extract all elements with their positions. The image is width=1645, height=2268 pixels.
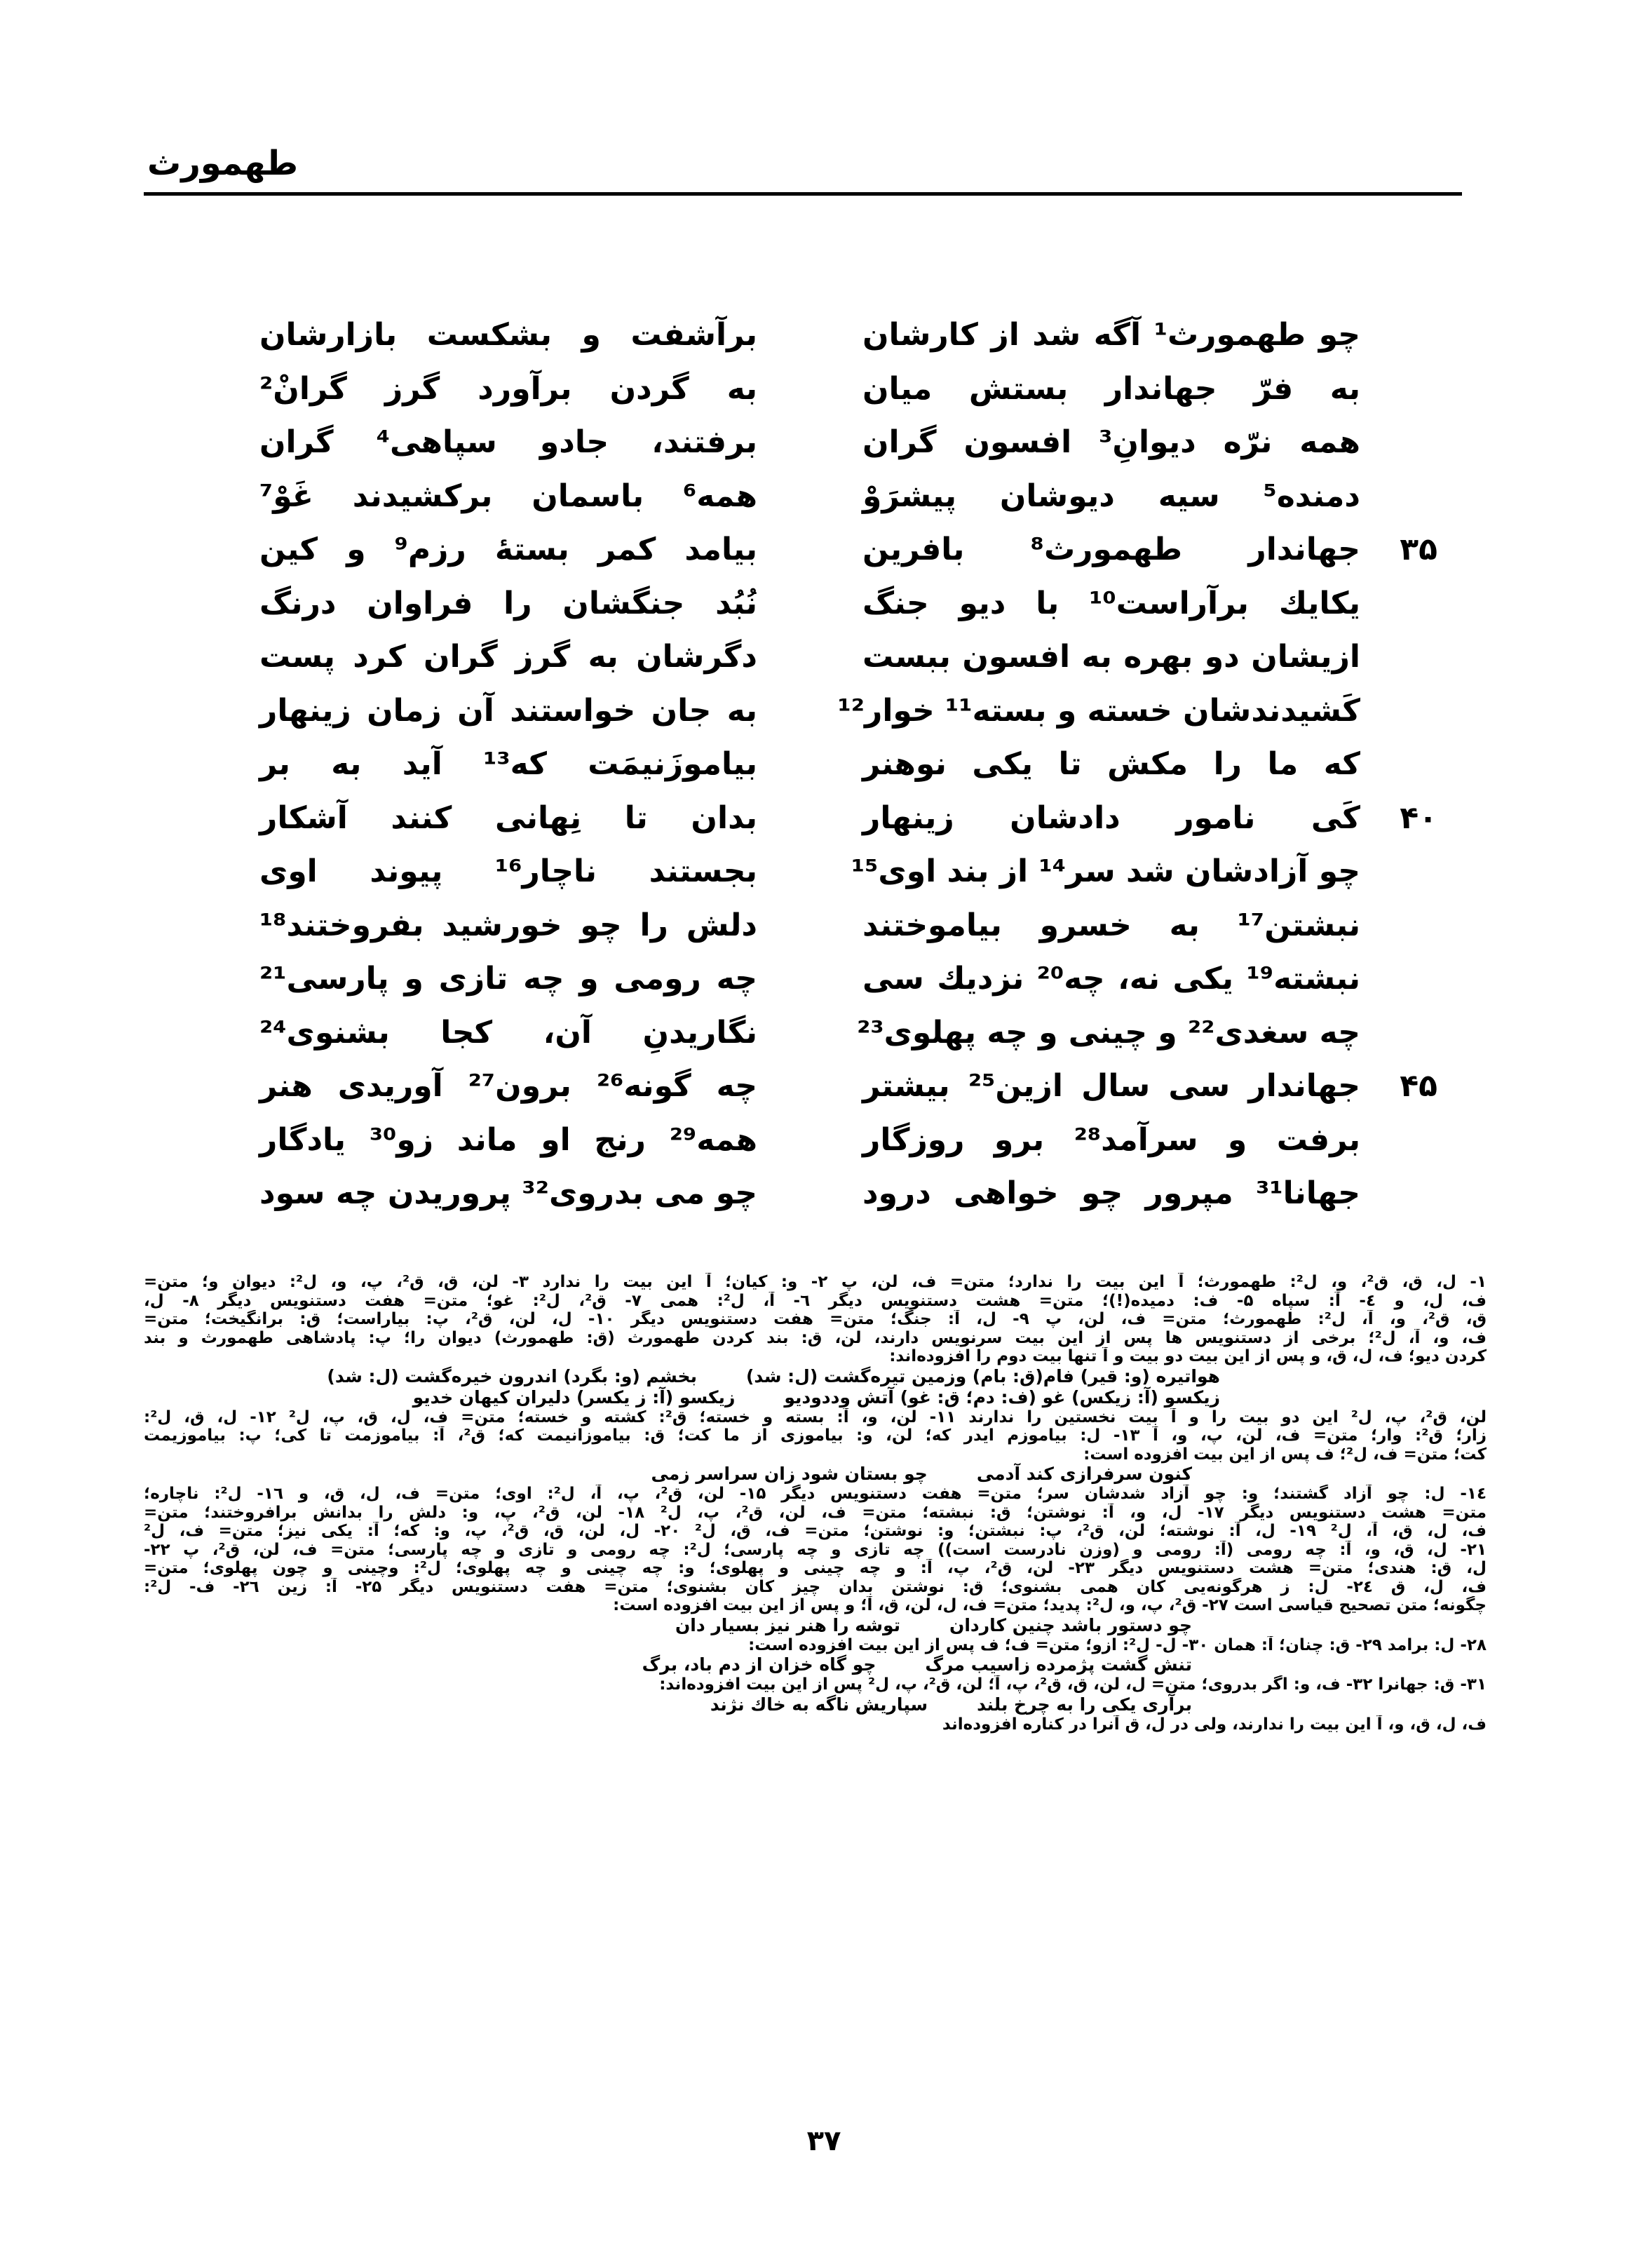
footnote-line: متن= هشت دستنویس دیگر ۱۷- ل، و، آ: نوشتن…: [144, 1504, 1487, 1523]
footnote-line: لن، ق²، پ، ل² این دو بیت را و آ بیت نخست…: [144, 1408, 1487, 1427]
hemistich-second: بخشم (و: بگرد) اندرون خیره‌گشت (ل: شد): [327, 1366, 697, 1387]
verse-line-right: چه سغدی²² و چینی و چه پهلوی²³: [862, 1006, 1360, 1060]
verse-text: همه⁶ باسمان برکشیدند غَوْ⁷: [259, 478, 757, 514]
verse-line-left: بیامد کمر بستهٔ رزم⁹ و کین: [259, 523, 757, 577]
verse-text: به فرّ جهاندار بستش میان: [862, 371, 1360, 407]
hemistich-first: چو دستور باشد چنین کاردان: [949, 1615, 1192, 1636]
verse-text: بدان تا نِهانی کنند آشکار: [259, 800, 757, 836]
footnote-line: ۱٤- ل: چو آزاد گشتند؛ و: چو آزاد شدشان س…: [144, 1485, 1487, 1504]
left-hemistich-column: برآشفت و بشکست بازارشانبه گردن برآورد گر…: [259, 309, 757, 1221]
verse-line-left: به گردن برآورد گرز گرانْ²: [259, 363, 757, 417]
footnote-line: ۲۸- ل: برامد ۲۹- ق: چنان؛ آ: همان ۳۰- ل-…: [144, 1636, 1487, 1655]
verse-text: بجستند ناچار¹⁶ پیوند اوی: [259, 853, 757, 889]
verse-text: نگاریدنِ آن، کجا بشنوی²⁴: [259, 1015, 757, 1051]
verse-text: به جان خواستند آن زمان زینهار: [259, 693, 757, 729]
verse-text: بیامد کمر بستهٔ رزم⁹ و کین: [259, 532, 757, 567]
hemistich-second: چو بستان شود زان سراسر زمی: [651, 1464, 927, 1485]
verse-line-left: برفتند، جادو سپاهی⁴ گران: [259, 416, 757, 470]
verse-text: چه گونه²⁶ برون²⁷ آوریدی هنر: [259, 1068, 757, 1104]
verse-line-right: دمنده⁵ سیه دیوشان پیشرَوْ: [862, 470, 1360, 524]
footnote-line: ف، ل، ق، آ، ل² ۱۹- ل، آ: نوشته؛ لن، ق²، …: [144, 1522, 1487, 1541]
verse-line-left: دلش را چو خورشید بفروختند¹⁸: [259, 899, 757, 953]
verse-line-right: جهاندار سی سال ازین²⁵ بیشتر۴۵: [862, 1060, 1360, 1114]
verse-text: کَشیدندشان خسته و بسته¹¹ خوار¹²: [837, 693, 1360, 729]
footnote-verse: تنش گشت پژمرده زاسیب مرگچو گاه خزان از د…: [144, 1654, 1487, 1675]
footnote-verse: هواتیره (و: قیر) فام(ق: بام) وزمین تیره‌…: [144, 1366, 1487, 1387]
footnote-verse: چو دستور باشد چنین کاردانتوشه را هنر نیز…: [144, 1615, 1487, 1636]
verse-text: به گردن برآورد گرز گرانْ²: [259, 371, 757, 407]
verse-line-left: برآشفت و بشکست بازارشان: [259, 309, 757, 363]
verse-text: چو آزادشان شد سر¹⁴ از بند اوی¹⁵: [851, 853, 1360, 889]
verse-text: چه سغدی²² و چینی و چه پهلوی²³: [857, 1015, 1360, 1051]
hemistich-first: هواتیره (و: قیر) فام(ق: بام) وزمین تیره‌…: [746, 1366, 1220, 1387]
verse-text: همه²⁹ رنج او ماند زو³⁰ یادگار: [259, 1122, 757, 1158]
verse-text: برفتند، جادو سپاهی⁴ گران: [259, 424, 757, 460]
page-number: ۳۷: [789, 2125, 859, 2157]
footnote-line: کت؛ متن= ف، ل²؛ ف پس از این بیت افزوده ا…: [144, 1445, 1487, 1464]
hemistich-second: توشه را هنر نیز بسیار دان: [675, 1615, 900, 1636]
footnote-verse: برآری یکی را به چرخ بلندسپاریش ناگه به خ…: [144, 1694, 1487, 1715]
verse-text: جهاندار طهمورث⁸ بافرین: [862, 532, 1360, 567]
verse-text: جهاندار سی سال ازین²⁵ بیشتر: [862, 1068, 1360, 1104]
verse-line-left: به جان خواستند آن زمان زینهار: [259, 684, 757, 738]
verse-line-right: یکایك برآراست¹⁰ با دیو جنگ: [862, 577, 1360, 631]
verse-text: برفت و سرآمد²⁸ برو روزگار: [862, 1122, 1360, 1158]
verse-text: کَی نامور دادشان زینهار: [862, 800, 1360, 836]
verse-text: نبشته¹⁹ یکی نه، چه²⁰ نزدیك سی: [862, 961, 1360, 997]
verse-line-right: کَشیدندشان خسته و بسته¹¹ خوار¹²: [862, 684, 1360, 738]
verse-line-left: بجستند ناچار¹⁶ پیوند اوی: [259, 845, 757, 899]
hemistich-second: سپاریش ناگه به خاك نژند: [710, 1694, 928, 1715]
footnote-line: چگونه؛ متن تصحیح قیاسی است ۲۷- ق²، پ، و،…: [144, 1596, 1487, 1615]
footnote-line: زار؛ ق²: وار؛ متن= ف، لن، پ، و، آ ۱۳- ل:…: [144, 1426, 1487, 1445]
verse-line-right: که ما را مکش تا یکی نوهنر: [862, 738, 1360, 792]
verse-line-left: نگاریدنِ آن، کجا بشنوی²⁴: [259, 1006, 757, 1060]
verse-line-right: نبشتن¹⁷ به خسرو بیاموختند: [862, 899, 1360, 953]
right-hemistich-column: چو طهمورث¹ آگه شد از کارشانبه فرّ جهاندا…: [862, 309, 1360, 1221]
hemistich-second: چو گاه خزان از دم باد، برگ: [642, 1654, 876, 1675]
verse-text: چه رومی و چه تازی و پارسی²¹: [259, 961, 757, 997]
verse-line-left: دگرشان به گرز گران کرد پست: [259, 630, 757, 684]
footnote-line: ق، ق²، و، آ، ل²: طهمورث؛ متن= ف، لن، پ ۹…: [144, 1310, 1487, 1329]
verse-number: ۳۵: [1381, 523, 1437, 577]
verse-line-left: چه رومی و چه تازی و پارسی²¹: [259, 952, 757, 1006]
verse-line-right: ازیشان دو بهره به افسون ببست: [862, 630, 1360, 684]
footnote-line: ف، ل، و ٤- آ: سپاه ۵- ف: دمیده(!)؛ متن= …: [144, 1292, 1487, 1311]
footnote-line: ف، ل، ق، و، آ این بیت را ندارند، ولی در …: [144, 1715, 1487, 1734]
verse-text: چو می بدروی³² پروریدن چه سود: [259, 1175, 757, 1211]
verse-line-right: برفت و سرآمد²⁸ برو روزگار: [862, 1114, 1360, 1168]
verse-line-right: همه نرّه دیوانِ³ افسون گران: [862, 416, 1360, 470]
verse-text: دلش را چو خورشید بفروختند¹⁸: [259, 907, 757, 943]
verse-line-left: چو می بدروی³² پروریدن چه سود: [259, 1167, 757, 1221]
footnotes: ۱- ل، ق، ق²، و، ل²: طهمورث؛ آ این بیت را…: [144, 1273, 1487, 1734]
verse-line-right: به فرّ جهاندار بستش میان: [862, 363, 1360, 417]
footnote-line: ف، و، آ، ل²؛ برخی از دستنویس ها پس از ای…: [144, 1329, 1487, 1348]
footnote-line: ۱- ل، ق، ق²، و، ل²: طهمورث؛ آ این بیت را…: [144, 1273, 1487, 1292]
verse-line-right: چو آزادشان شد سر¹⁴ از بند اوی¹⁵: [862, 845, 1360, 899]
footnote-verse: زیکسو (آ: زیکس) غو (ف: دم؛ ق: غو) آتش ود…: [144, 1387, 1487, 1408]
verse-line-right: کَی نامور دادشان زینهار۴۰: [862, 792, 1360, 846]
verse-text: دگرشان به گرز گران کرد پست: [259, 639, 757, 675]
hemistich-first: کنون سرفرازی کند آدمی: [977, 1464, 1192, 1485]
hemistich-first: برآری یکی را به چرخ بلند: [977, 1694, 1192, 1715]
page-title: طهمورث: [147, 144, 298, 183]
verse-text: برآشفت و بشکست بازارشان: [259, 317, 757, 353]
verse-line-left: همه⁶ باسمان برکشیدند غَوْ⁷: [259, 470, 757, 524]
verse-line-left: بیاموزَنیمَت که¹³ آید به بر: [259, 738, 757, 792]
footnote-line: ۳۱- ق: جهانرا ۳۲- ف، و: اگر بدروی؛ متن= …: [144, 1675, 1487, 1694]
verse-text: دمنده⁵ سیه دیوشان پیشرَوْ: [862, 478, 1360, 514]
verse-line-right: نبشته¹⁹ یکی نه، چه²⁰ نزدیك سی: [862, 952, 1360, 1006]
footnote-verse: کنون سرفرازی کند آدمیچو بستان شود زان سر…: [144, 1464, 1487, 1485]
verse-number: ۴۵: [1381, 1060, 1437, 1114]
footnote-line: کردن دیو؛ ف، ل، ق، و پس از این بیت دو بی…: [144, 1347, 1487, 1366]
verse-number: ۴۰: [1381, 792, 1437, 846]
verse-line-left: بدان تا نِهانی کنند آشکار: [259, 792, 757, 846]
verse-line-left: نُبُد جنگشان را فراوان درنگ: [259, 577, 757, 631]
footnote-line: ل، ق: هندی؛ متن= هشت دستنویس دیگر ۲۳- لن…: [144, 1559, 1487, 1578]
hemistich-first: تنش گشت پژمرده زاسیب مرگ: [925, 1654, 1192, 1675]
verse-text: چو طهمورث¹ آگه شد از کارشان: [862, 317, 1360, 353]
hemistich-first: زیکسو (آ: زیکس) غو (ف: دم؛ ق: غو) آتش ود…: [784, 1387, 1220, 1408]
footnote-line: ف، ل، ق ۲٤- ل: ز هرگونه‌یی کان همی بشنوی…: [144, 1578, 1487, 1597]
verse-text: نبشتن¹⁷ به خسرو بیاموختند: [862, 907, 1360, 943]
verse-line-left: همه²⁹ رنج او ماند زو³⁰ یادگار: [259, 1114, 757, 1168]
verse-text: یکایك برآراست¹⁰ با دیو جنگ: [862, 586, 1360, 621]
verse-line-left: چه گونه²⁶ برون²⁷ آوریدی هنر: [259, 1060, 757, 1114]
verse-text: ازیشان دو بهره به افسون ببست: [862, 639, 1360, 675]
hemistich-second: زیکسو (آ: ز یکسر) دلیران کیهان خدیو: [413, 1387, 736, 1408]
verse-line-right: جهاندار طهمورث⁸ بافرین۳۵: [862, 523, 1360, 577]
verse-line-right: جهانا³¹ مپرور چو خواهی درود: [862, 1167, 1360, 1221]
verse-text: نُبُد جنگشان را فراوان درنگ: [259, 586, 757, 621]
verse-line-right: چو طهمورث¹ آگه شد از کارشان: [862, 309, 1360, 363]
verse-text: بیاموزَنیمَت که¹³ آید به بر: [259, 746, 757, 782]
footnote-line: ۲۱- ل، ق، و، آ: چه رومی (آ: رومی و (وزن …: [144, 1541, 1487, 1560]
verse-text: که ما را مکش تا یکی نوهنر: [862, 746, 1360, 782]
header-rule: [144, 192, 1462, 196]
verse-text: همه نرّه دیوانِ³ افسون گران: [862, 424, 1360, 460]
verse-text: جهانا³¹ مپرور چو خواهی درود: [862, 1175, 1360, 1211]
